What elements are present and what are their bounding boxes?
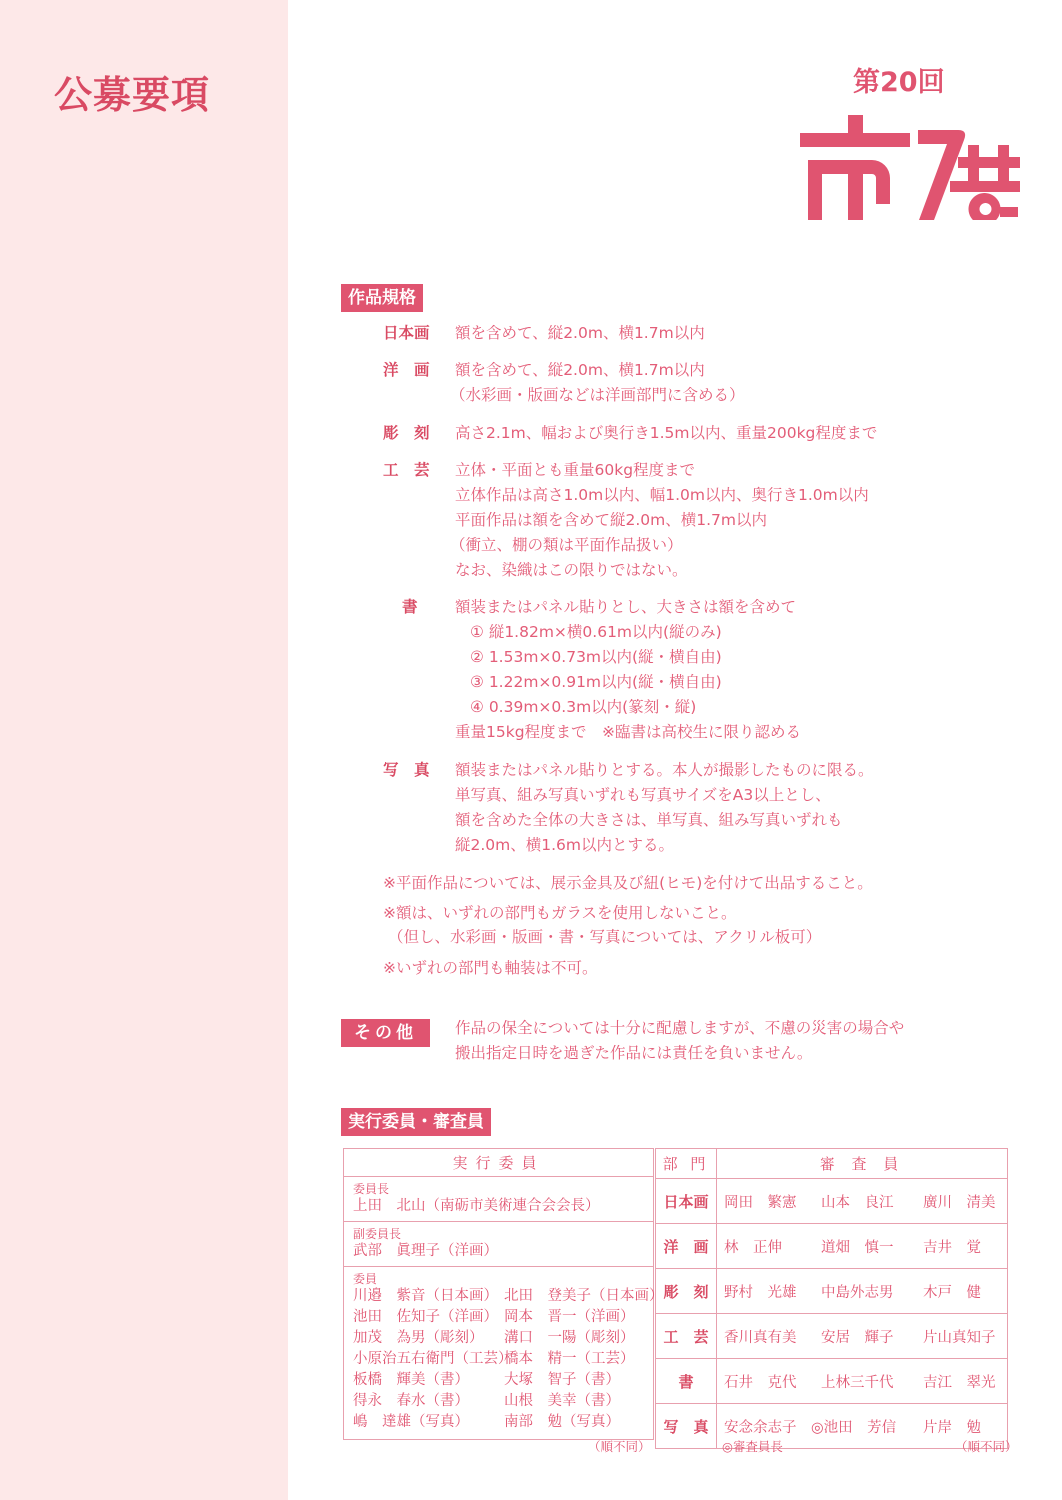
- chair-name: 上田 北山（南砺市美術連合会会長）: [353, 1196, 644, 1217]
- jury-name: 道畑 慎一: [821, 1236, 923, 1257]
- vice-chair-name: 武部 眞理子（洋画）: [353, 1241, 644, 1262]
- jury-name: 廣川 清美: [923, 1191, 1003, 1212]
- spec-line: ① 縦1.82m×横0.61m以内(縦のみ): [470, 622, 722, 642]
- jury-table: 部 門 審 査 員 日本画 岡田 繁憲山本 良江廣川 清美 洋 画 林 正伸道畑…: [655, 1148, 1008, 1449]
- member-name: 小原治五右衛門（工芸）: [353, 1349, 504, 1370]
- exec-footnote: （順不同）: [588, 1437, 651, 1455]
- section-tag-specs: 作品規格: [341, 284, 423, 312]
- jury-name: 片山真知子: [923, 1326, 1003, 1347]
- member-name: 北田 登美子（日本画）: [504, 1286, 644, 1307]
- member-name: 山根 美幸（書）: [504, 1391, 644, 1412]
- jury-dept: 洋 画: [656, 1224, 717, 1269]
- jury-row: 日本画 岡田 繁憲山本 良江廣川 清美: [656, 1179, 1008, 1224]
- spec-label-sculpture: 彫 刻: [383, 423, 430, 443]
- spec-line: なお、染織はこの限りではない。: [455, 560, 688, 580]
- section-tag-committee: 実行委員・審査員: [341, 1108, 491, 1136]
- chair-role: 委員長: [353, 1182, 644, 1196]
- spec-line: ④ 0.39m×0.3m以内(篆刻・縦): [470, 697, 696, 717]
- jury-dept: 書: [656, 1359, 717, 1404]
- members-cell: 委員 川邉 紫音（日本画） 北田 登美子（日本画） 池田 佐知子（洋画） 岡本 …: [344, 1267, 654, 1440]
- jury-name: 木戸 健: [923, 1281, 1003, 1302]
- spec-line: ② 1.53m×0.73m以内(縦・横自由): [470, 647, 722, 667]
- jury-footnote: （順不同）: [955, 1437, 1018, 1455]
- member-name: 得永 春水（書）: [353, 1391, 504, 1412]
- spec-line: 単写真、組み写真いずれも写真サイズをA3以上とし、: [455, 785, 831, 805]
- spec-note: ※額は、いずれの部門もガラスを使用しないこと。: [383, 903, 737, 923]
- jury-row: 洋 画 林 正伸道畑 慎一吉井 覚: [656, 1224, 1008, 1269]
- jury-legend: ◎審査員長: [722, 1437, 783, 1455]
- spec-label-photo: 写 真: [383, 760, 430, 780]
- member-name: 川邉 紫音（日本画）: [353, 1286, 504, 1307]
- jury-name: 片岸 勉: [923, 1416, 1003, 1437]
- member-name: 岡本 晋一（洋画）: [504, 1307, 644, 1328]
- member-name: 池田 佐知子（洋画）: [353, 1307, 504, 1328]
- member-name: 加茂 為男（彫刻）: [353, 1328, 504, 1349]
- jury-name: 野村 光雄: [724, 1281, 821, 1302]
- spec-line: 額装またはパネル貼りとする。本人が撮影したものに限る。: [455, 760, 874, 780]
- other-line: 作品の保全については十分に配慮しますが、不慮の災害の場合や: [455, 1018, 904, 1038]
- spec-label-calligraphy: 書: [402, 597, 418, 617]
- jury-name: ◎池田 芳信: [811, 1416, 923, 1437]
- jury-row: 書 石井 克代上林三千代吉江 翠光: [656, 1359, 1008, 1404]
- spec-line: ③ 1.22m×0.91m以内(縦・横自由): [470, 672, 722, 692]
- jury-row: 工 芸 香川真有美安居 輝子片山真知子: [656, 1314, 1008, 1359]
- spec-line: （水彩画・版画などは洋画部門に含める）: [450, 385, 745, 405]
- page-title: 公募要項: [54, 64, 210, 119]
- jury-dept: 工 芸: [656, 1314, 717, 1359]
- jury-name: 山本 良江: [821, 1191, 923, 1212]
- spec-label-nihonga: 日本画: [383, 323, 430, 343]
- executive-committee-table: 実行委員 委員長 上田 北山（南砺市美術連合会会長） 副委員長 武部 眞理子（洋…: [343, 1148, 654, 1440]
- edition-label: 第20回: [853, 60, 945, 99]
- jury-name: 吉井 覚: [923, 1236, 1003, 1257]
- jury-name: 香川真有美: [724, 1326, 821, 1347]
- spec-note: （但し、水彩画・版画・書・写真については、アクリル板可）: [388, 927, 821, 947]
- vice-chair-role: 副委員長: [353, 1227, 644, 1241]
- jury-name: 岡田 繁憲: [724, 1191, 821, 1212]
- spec-line: 額装またはパネル貼りとし、大きさは額を含めて: [455, 597, 796, 617]
- spec-note: ※いずれの部門も軸装は不可。: [383, 958, 598, 978]
- jury-dept: 写 真: [656, 1404, 717, 1449]
- spec-line: 額を含めて、縦2.0m、横1.7m以内: [455, 323, 705, 343]
- other-line: 搬出指定日時を過ぎた作品には責任を負いません。: [455, 1043, 812, 1063]
- member-name: 板橋 輝美（書）: [353, 1370, 504, 1391]
- spec-line: 縦2.0m、横1.6m以内とする。: [455, 835, 674, 855]
- chair-cell: 委員長 上田 北山（南砺市美術連合会会長）: [344, 1177, 654, 1222]
- exhibition-logo-icon: [800, 115, 1020, 220]
- member-name: 橋本 精一（工芸）: [504, 1349, 644, 1370]
- jury-name: 中島外志男: [821, 1281, 923, 1302]
- jury-name: 吉江 翠光: [923, 1371, 1003, 1392]
- member-name: 大塚 智子（書）: [504, 1370, 644, 1391]
- spec-label-craft: 工 芸: [383, 460, 430, 480]
- spec-line: 高さ2.1m、幅および奥行き1.5m以内、重量200kg程度まで: [455, 423, 877, 443]
- spec-line: 額を含めた全体の大きさは、単写真、組み写真いずれも: [455, 810, 843, 830]
- spec-line: （衝立、棚の類は平面作品扱い）: [450, 535, 683, 555]
- member-name: 嶋 達雄（写真）: [353, 1412, 504, 1433]
- spec-label-yoga: 洋 画: [383, 360, 430, 380]
- side-panel: 公募要項: [0, 0, 288, 1500]
- section-tag-other: その他: [341, 1019, 430, 1047]
- spec-line: 額を含めて、縦2.0m、横1.7m以内: [455, 360, 705, 380]
- jury-row: 彫 刻 野村 光雄中島外志男木戸 健: [656, 1269, 1008, 1314]
- spec-line: 重量15kg程度まで ※臨書は高校生に限り認める: [455, 722, 801, 742]
- jury-dept: 日本画: [656, 1179, 717, 1224]
- vice-chair-cell: 副委員長 武部 眞理子（洋画）: [344, 1222, 654, 1267]
- jury-name: 林 正伸: [724, 1236, 821, 1257]
- jury-dept: 彫 刻: [656, 1269, 717, 1314]
- member-name: 南部 勉（写真）: [504, 1412, 644, 1433]
- spec-line: 立体・平面とも重量60kg程度まで: [455, 460, 695, 480]
- jury-name: 安居 輝子: [821, 1326, 923, 1347]
- spec-line: 立体作品は高さ1.0m以内、幅1.0m以内、奥行き1.0m以内: [455, 485, 869, 505]
- jury-name: 安念余志子: [724, 1416, 821, 1437]
- member-name: 溝口 一陽（彫刻）: [504, 1328, 644, 1349]
- jury-header-dept: 部 門: [656, 1149, 717, 1179]
- exec-table-header: 実行委員: [344, 1149, 654, 1177]
- spec-line: 平面作品は額を含めて縦2.0m、横1.7m以内: [455, 510, 767, 530]
- members-role: 委員: [353, 1272, 644, 1286]
- spec-note: ※平面作品については、展示金具及び紐(ヒモ)を付けて出品すること。: [383, 873, 873, 893]
- members-list: 川邉 紫音（日本画） 北田 登美子（日本画） 池田 佐知子（洋画） 岡本 晋一（…: [353, 1286, 644, 1433]
- jury-name: 上林三千代: [821, 1371, 923, 1392]
- jury-header-jury: 審 査 員: [717, 1149, 1008, 1179]
- jury-name: 石井 克代: [724, 1371, 821, 1392]
